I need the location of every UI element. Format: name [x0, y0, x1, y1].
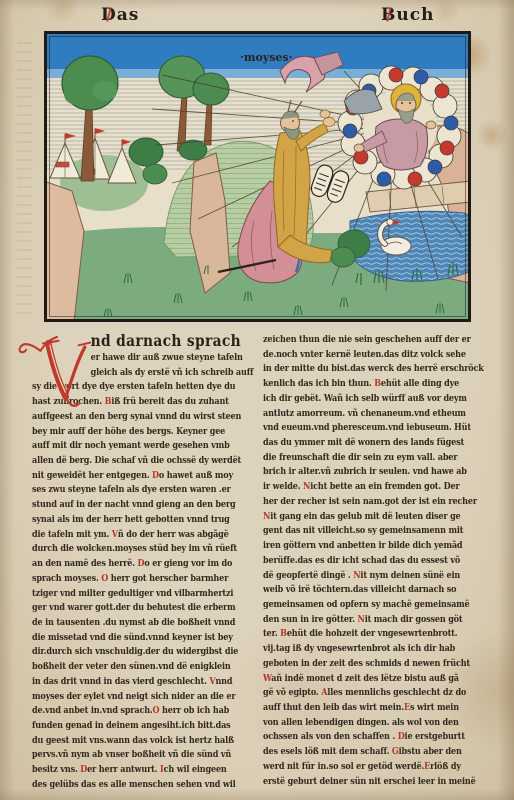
text-line: allen dë berg. Die schaf vñ die ochssë d…: [32, 454, 258, 469]
rubricated-capital: D: [101, 5, 117, 25]
cloud-puff-blue: [444, 116, 458, 130]
initial-v: [18, 330, 97, 414]
text-line: ger vnd warer gott.der du behutest die e…: [32, 601, 258, 616]
opening-section: nd darnach sprach er hawe dir auß zwue s…: [32, 330, 258, 380]
cloud-puff-red: [440, 141, 454, 155]
text-line: boßheit der veter den sünen.vnd dë enigk…: [32, 660, 258, 675]
moses-robe: [274, 131, 310, 250]
text-line: Nit gang ein das gelub mit dë leuten dis…: [263, 510, 489, 525]
text-line: er hawe dir auß zwue steyne tafeln: [91, 351, 258, 366]
moses-hands: [323, 118, 335, 127]
cloud-puff-red: [354, 150, 368, 164]
text-line: dë geopfertë dingë . Nit nym deinen sünë…: [263, 569, 489, 584]
text-line: werd nit für in.so sol er getöd werdë.Er…: [263, 760, 489, 775]
text-line: moyses der eylet vnd neigt sich nider an…: [32, 690, 258, 705]
text-line: vij.tag iß dy vngesewrtenbrot als ich di…: [263, 642, 489, 657]
text-line: das du ymmer mit dë wonern des lands füg…: [263, 436, 489, 451]
cloud-puff-blue: [377, 172, 391, 186]
text-line: die missetad vnd die sünd.vnnd keyner is…: [32, 631, 258, 646]
cloud-puff-blue: [414, 70, 428, 84]
cloud-puff-red: [408, 172, 422, 186]
text-line: in der mitte du bist.das werck des herrë…: [263, 362, 489, 377]
text-line: tziger vnd milter gedultiger vnd vilbarm…: [32, 587, 258, 602]
text-line: gemeinsamen od opfern sy machë gemeinsam…: [263, 598, 489, 613]
text-line: de.noch vnter kernë leuten.das ditz volc…: [263, 348, 489, 363]
running-title-left: DDasas: [101, 5, 139, 25]
text-line: kenlich das ich bin thun. Behüt alle din…: [263, 377, 489, 392]
text-line: ochssen als von den schaffen . Die erstg…: [263, 730, 489, 745]
text-line: nit geweidët her entgegen. Do hawet auß …: [32, 469, 258, 484]
running-title-right: Buch: [381, 5, 434, 25]
text-line: besitz vns. Der herr antwurt. Ich wil ei…: [32, 763, 258, 778]
text-line: de.vnd anbet in.vnd sprach.O herr ob ich…: [32, 704, 258, 719]
text-line: vnd eueum.vnd pheresceum.vnd iebuseum. H…: [263, 421, 489, 436]
bush: [143, 164, 167, 184]
text-line: sprach moyses. O herr got herscher barmh…: [32, 572, 258, 587]
text-line: von allen lebendigen dingen. als wol von…: [263, 716, 489, 731]
text-line: auff thut den leib das wirt mein.Es wirt…: [263, 701, 489, 716]
text-line: synai als im der herr hett gebotten vnnd…: [32, 513, 258, 528]
cloud-puff-red: [435, 84, 449, 98]
text-line: den sun in ire götter. Nit mach dir goss…: [263, 613, 489, 628]
opening-line: nd darnach sprach: [91, 330, 258, 351]
right-column: zeichen thun die nie sein geschehen auff…: [263, 333, 492, 789]
text-line: die freunschaft die dir sein zu eym vall…: [263, 451, 489, 466]
text-line: Wañ indë monet d zeit des lëtze bistu au…: [263, 672, 489, 687]
text-line: ich dir gebët. Wañ ich selb würff auß vo…: [263, 392, 489, 407]
text-line: berüffe.das es dir icht schad das du ess…: [263, 554, 489, 569]
text-line: gleich als dy erstë vñ ich schreib auff: [91, 366, 258, 381]
text-line: brich ir alter.vñ zubrich ir seulen. vnd…: [263, 465, 489, 480]
text-line: her der recher ist sein nam.got der ist …: [263, 495, 489, 510]
woodcut-illustration: ·moyses·: [44, 31, 471, 322]
manuscript-page: DDasas Buch: [0, 0, 514, 800]
text-line: gent das nit villeicht.so sy gemeinsamen…: [263, 524, 489, 539]
text-line: iren göttern vnd anbetten ir bilde dich …: [263, 539, 489, 554]
ink-bleedthrough-marks: [17, 42, 32, 320]
cloud-puff-blue: [343, 124, 357, 138]
bush: [129, 138, 163, 166]
text-line: durch die wolcken.moyses stüd bey im vñ …: [32, 542, 258, 557]
text-line: stund auf in der nacht vnnd gieng an den…: [32, 498, 258, 513]
god-hand: [426, 121, 436, 129]
text-line: in das drit vnnd in das vierd geschlecht…: [32, 675, 258, 690]
text-line: antlutz amorreum. vñ chenaneum.vnd etheu…: [263, 407, 489, 422]
text-line: pervs.vñ nym ab vnser boßheit vñ die sün…: [32, 748, 258, 763]
woodcut-svg: ·moyses·: [44, 31, 471, 322]
text-line: des esels löß mit dem schaff. Gibstu abe…: [263, 745, 489, 760]
left-column-lines: sy die wort dye dye ersten tafeln hetten…: [32, 380, 258, 792]
god-hand: [354, 144, 364, 152]
cloud-puff-red: [389, 68, 403, 82]
god-robe: [375, 119, 427, 170]
left-column: nd darnach sprach er hawe dir auß zwue s…: [32, 330, 258, 793]
text-line: ir welde. Nicht bette an ein fremden got…: [263, 480, 489, 495]
text-line: dir.durch sich vnschuldig.der du widergi…: [32, 645, 258, 660]
text-line: des gelübs das es alle menschen sehen vn…: [32, 778, 258, 793]
text-line: erstë geburt deiner sün nit erschei leer…: [263, 775, 489, 790]
text-line: zeichen thun die nie sein geschehen auff…: [263, 333, 489, 348]
right-column-lines: zeichen thun die nie sein geschehen auff…: [263, 333, 489, 789]
text-line: bey mir auff der höhe des bergs. Keyner …: [32, 425, 258, 440]
text-line: ses zwu steyne tafeln als dye ersten war…: [32, 483, 258, 498]
woodcut-caption: ·moyses·: [240, 51, 292, 64]
left-column-indented-lines: er hawe dir auß zwue steyne tafelngleich…: [91, 351, 258, 380]
text-line: ter. Behüt die hohzeit der vngesewrtenbr…: [263, 627, 489, 642]
text-line: auff mit dir noch yemant werde gesehen v…: [32, 439, 258, 454]
text-line: die tafeln mit ym. Vñ do der herr was ab…: [32, 528, 258, 543]
text-line: geboten in der zeit des schmids d newen …: [263, 657, 489, 672]
text-line: weib võ irë töchtern.das villeicht darna…: [263, 583, 489, 598]
text-line: du geest mit vns.wann das volck ist hert…: [32, 734, 258, 749]
rubricated-capital: B: [381, 5, 396, 25]
text-line: de in tausenten .du nymst ab die boßheit…: [32, 616, 258, 631]
text-line: gë võ egipto. Alles mennlichs geschlecht…: [263, 686, 489, 701]
text-line: an den namë des herrë. Do er gieng vor i…: [32, 557, 258, 572]
text-line: funden genad in deinem angesiht.ich bitt…: [32, 719, 258, 734]
cloud-puff-blue: [428, 160, 442, 174]
